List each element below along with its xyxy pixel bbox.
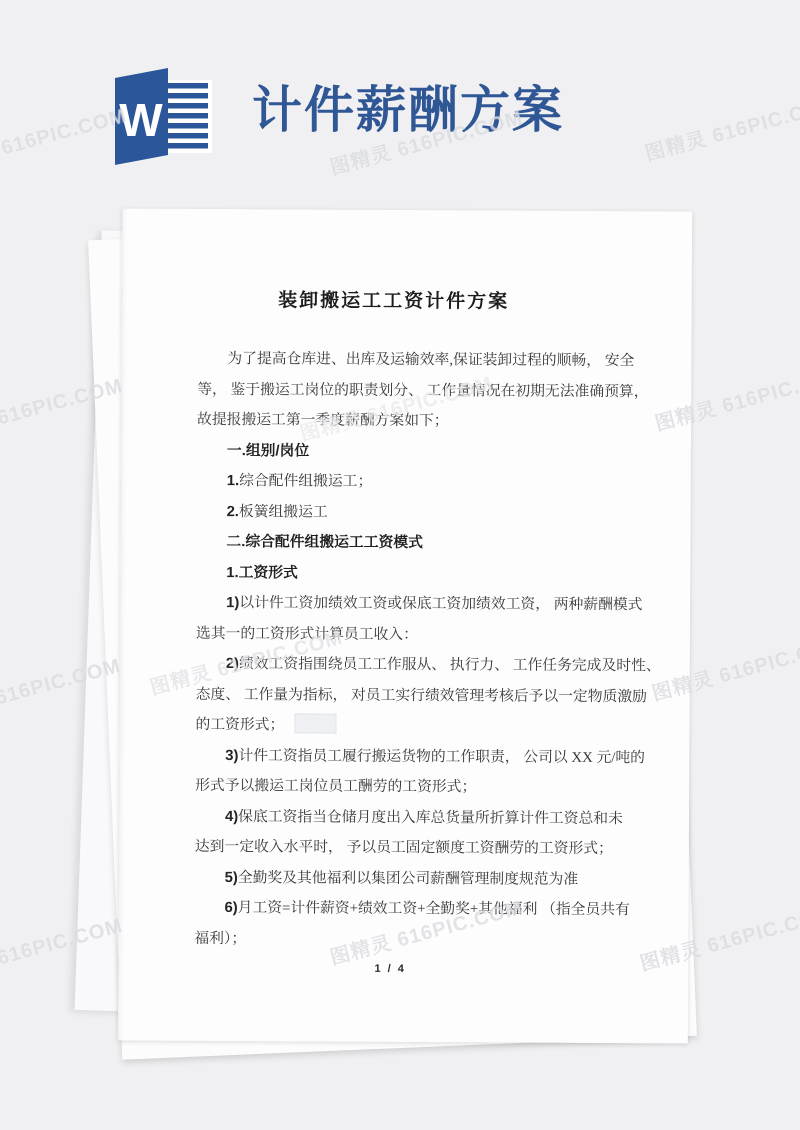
document-line: 5)全勤奖及其他福利以集团公司薪酬管理制度规范为准 xyxy=(195,862,639,895)
header-title: 计件薪酬方案 xyxy=(252,70,564,142)
line-number-label: 6) xyxy=(224,900,237,916)
watermark-text: 图精灵 616PIC.COM xyxy=(641,87,800,166)
page-background: W 计件薪酬方案 装卸搬运工工资计件方案 为了提高仓库进、出库及运输效率,保证装… xyxy=(0,0,800,1130)
line-number-label: 2) xyxy=(226,656,239,672)
line-text: 绩效工资指围绕员工工作服从、 执行力、 工作任务完成及时性、 xyxy=(239,656,661,674)
line-text: 福利）； xyxy=(194,930,246,946)
document-line: 选其一的工资形式计算员工收入： xyxy=(196,618,640,651)
line-number-label: 2. xyxy=(227,504,239,520)
document-line: 3)计件工资指员工履行搬运货物的工作职责， 公司以 XX 元/吨的 xyxy=(195,740,639,773)
line-number-label: 1) xyxy=(226,595,239,611)
document-line: 一.组别/岗位 xyxy=(197,435,641,468)
document-line: 6)月工资=计件薪资+绩效工资+全勤奖+其他福利 （指全员共有 xyxy=(194,893,638,926)
document-body: 为了提高仓库进、出库及运输效率,保证装卸过程的顺畅， 安全 等， 鉴于搬运工岗位… xyxy=(194,344,641,956)
document-title: 装卸搬运工工资计件方案 xyxy=(122,285,666,315)
line-number-label: 1. xyxy=(226,565,238,581)
line-number-label: 二. xyxy=(226,534,245,550)
line-text: 计件工资指员工履行搬运货物的工作职责， 公司以 XX 元/吨的 xyxy=(238,748,645,766)
document-line: 为了提高仓库进、出库及运输效率,保证装卸过程的顺畅， 安全 xyxy=(197,344,641,377)
line-text: 以计件工资加绩效工资或保底工资加绩效工资， 两种薪酬模式 xyxy=(239,595,642,613)
line-text: 形式予以搬运工岗位员工酬劳的工资形式； xyxy=(195,778,476,795)
document-line: 的工资形式； xyxy=(195,710,639,743)
line-number-label: 1. xyxy=(227,473,239,489)
line-text: 综合配件组搬运工； xyxy=(239,473,372,490)
empty-field-box xyxy=(294,713,336,733)
line-text: 综合配件组搬运工工资模式 xyxy=(245,534,423,551)
document-line: 4)保底工资指当仓储月度出入库总货量所折算计件工资总和未 xyxy=(195,801,639,834)
document-line: 2.板簧组搬运工 xyxy=(197,496,641,529)
document-line: 形式予以搬运工岗位员工酬劳的工资形式； xyxy=(195,771,639,804)
line-text: 月工资=计件薪资+绩效工资+全勤奖+其他福利 （指全员共有 xyxy=(238,900,630,918)
document-line: 1.综合配件组搬运工； xyxy=(197,466,641,499)
line-text: 达到一定收入水平时， 予以员工固定额度工资酬劳的工资形式； xyxy=(195,839,613,857)
line-number-label: 5) xyxy=(225,870,238,886)
document-line: 二.综合配件组搬运工工资模式 xyxy=(196,527,640,560)
word-icon: W xyxy=(104,58,216,168)
line-number-label: 4) xyxy=(225,809,238,825)
document-line: 达到一定收入水平时， 予以员工固定额度工资酬劳的工资形式； xyxy=(195,832,639,865)
page-number: 1 / 4 xyxy=(118,962,662,977)
document-line: 等， 鉴于搬运工岗位的职责划分、 工作量情况在初期无法准确预算， xyxy=(197,374,641,407)
line-text: 等， 鉴于搬运工岗位的职责划分、 工作量情况在初期无法准确预算， xyxy=(197,381,648,399)
document-page: 装卸搬运工工资计件方案 为了提高仓库进、出库及运输效率,保证装卸过程的顺畅， 安… xyxy=(118,209,692,1044)
line-text: 为了提高仓库进、出库及运输效率,保证装卸过程的顺畅， 安全 xyxy=(227,351,634,369)
document-line: 1)以计件工资加绩效工资或保底工资加绩效工资， 两种薪酬模式 xyxy=(196,588,640,621)
line-text: 的工资形式； xyxy=(195,717,284,733)
document-line: 态度、 工作量为指标， 对员工实行绩效管理考核后予以一定物质激励 xyxy=(196,679,640,712)
line-text: 板簧组搬运工 xyxy=(239,504,328,520)
line-text: 保底工资指当仓储月度出入库总货量所折算计件工资总和未 xyxy=(238,809,623,827)
document-line: 故提报搬运工第一季度薪酬方案如下； xyxy=(197,405,641,438)
line-number-label: 一. xyxy=(227,443,246,459)
line-text: 态度、 工作量为指标， 对员工实行绩效管理考核后予以一定物质激励 xyxy=(196,686,647,704)
document-line: 1.工资形式 xyxy=(196,557,640,590)
document-line: 福利）； xyxy=(194,923,638,956)
line-text: 故提报搬运工第一季度薪酬方案如下； xyxy=(197,412,449,429)
line-number-label: 3) xyxy=(225,748,238,764)
word-icon-letter: W xyxy=(119,94,163,146)
line-text: 全勤奖及其他福利以集团公司薪酬管理制度规范为准 xyxy=(238,870,578,888)
document-line: 2)绩效工资指围绕员工工作服从、 执行力、 工作任务完成及时性、 xyxy=(196,649,640,682)
line-text: 组别/岗位 xyxy=(246,443,309,459)
line-text: 工资形式 xyxy=(239,565,298,581)
line-text: 选其一的工资形式计算员工收入： xyxy=(196,625,418,642)
